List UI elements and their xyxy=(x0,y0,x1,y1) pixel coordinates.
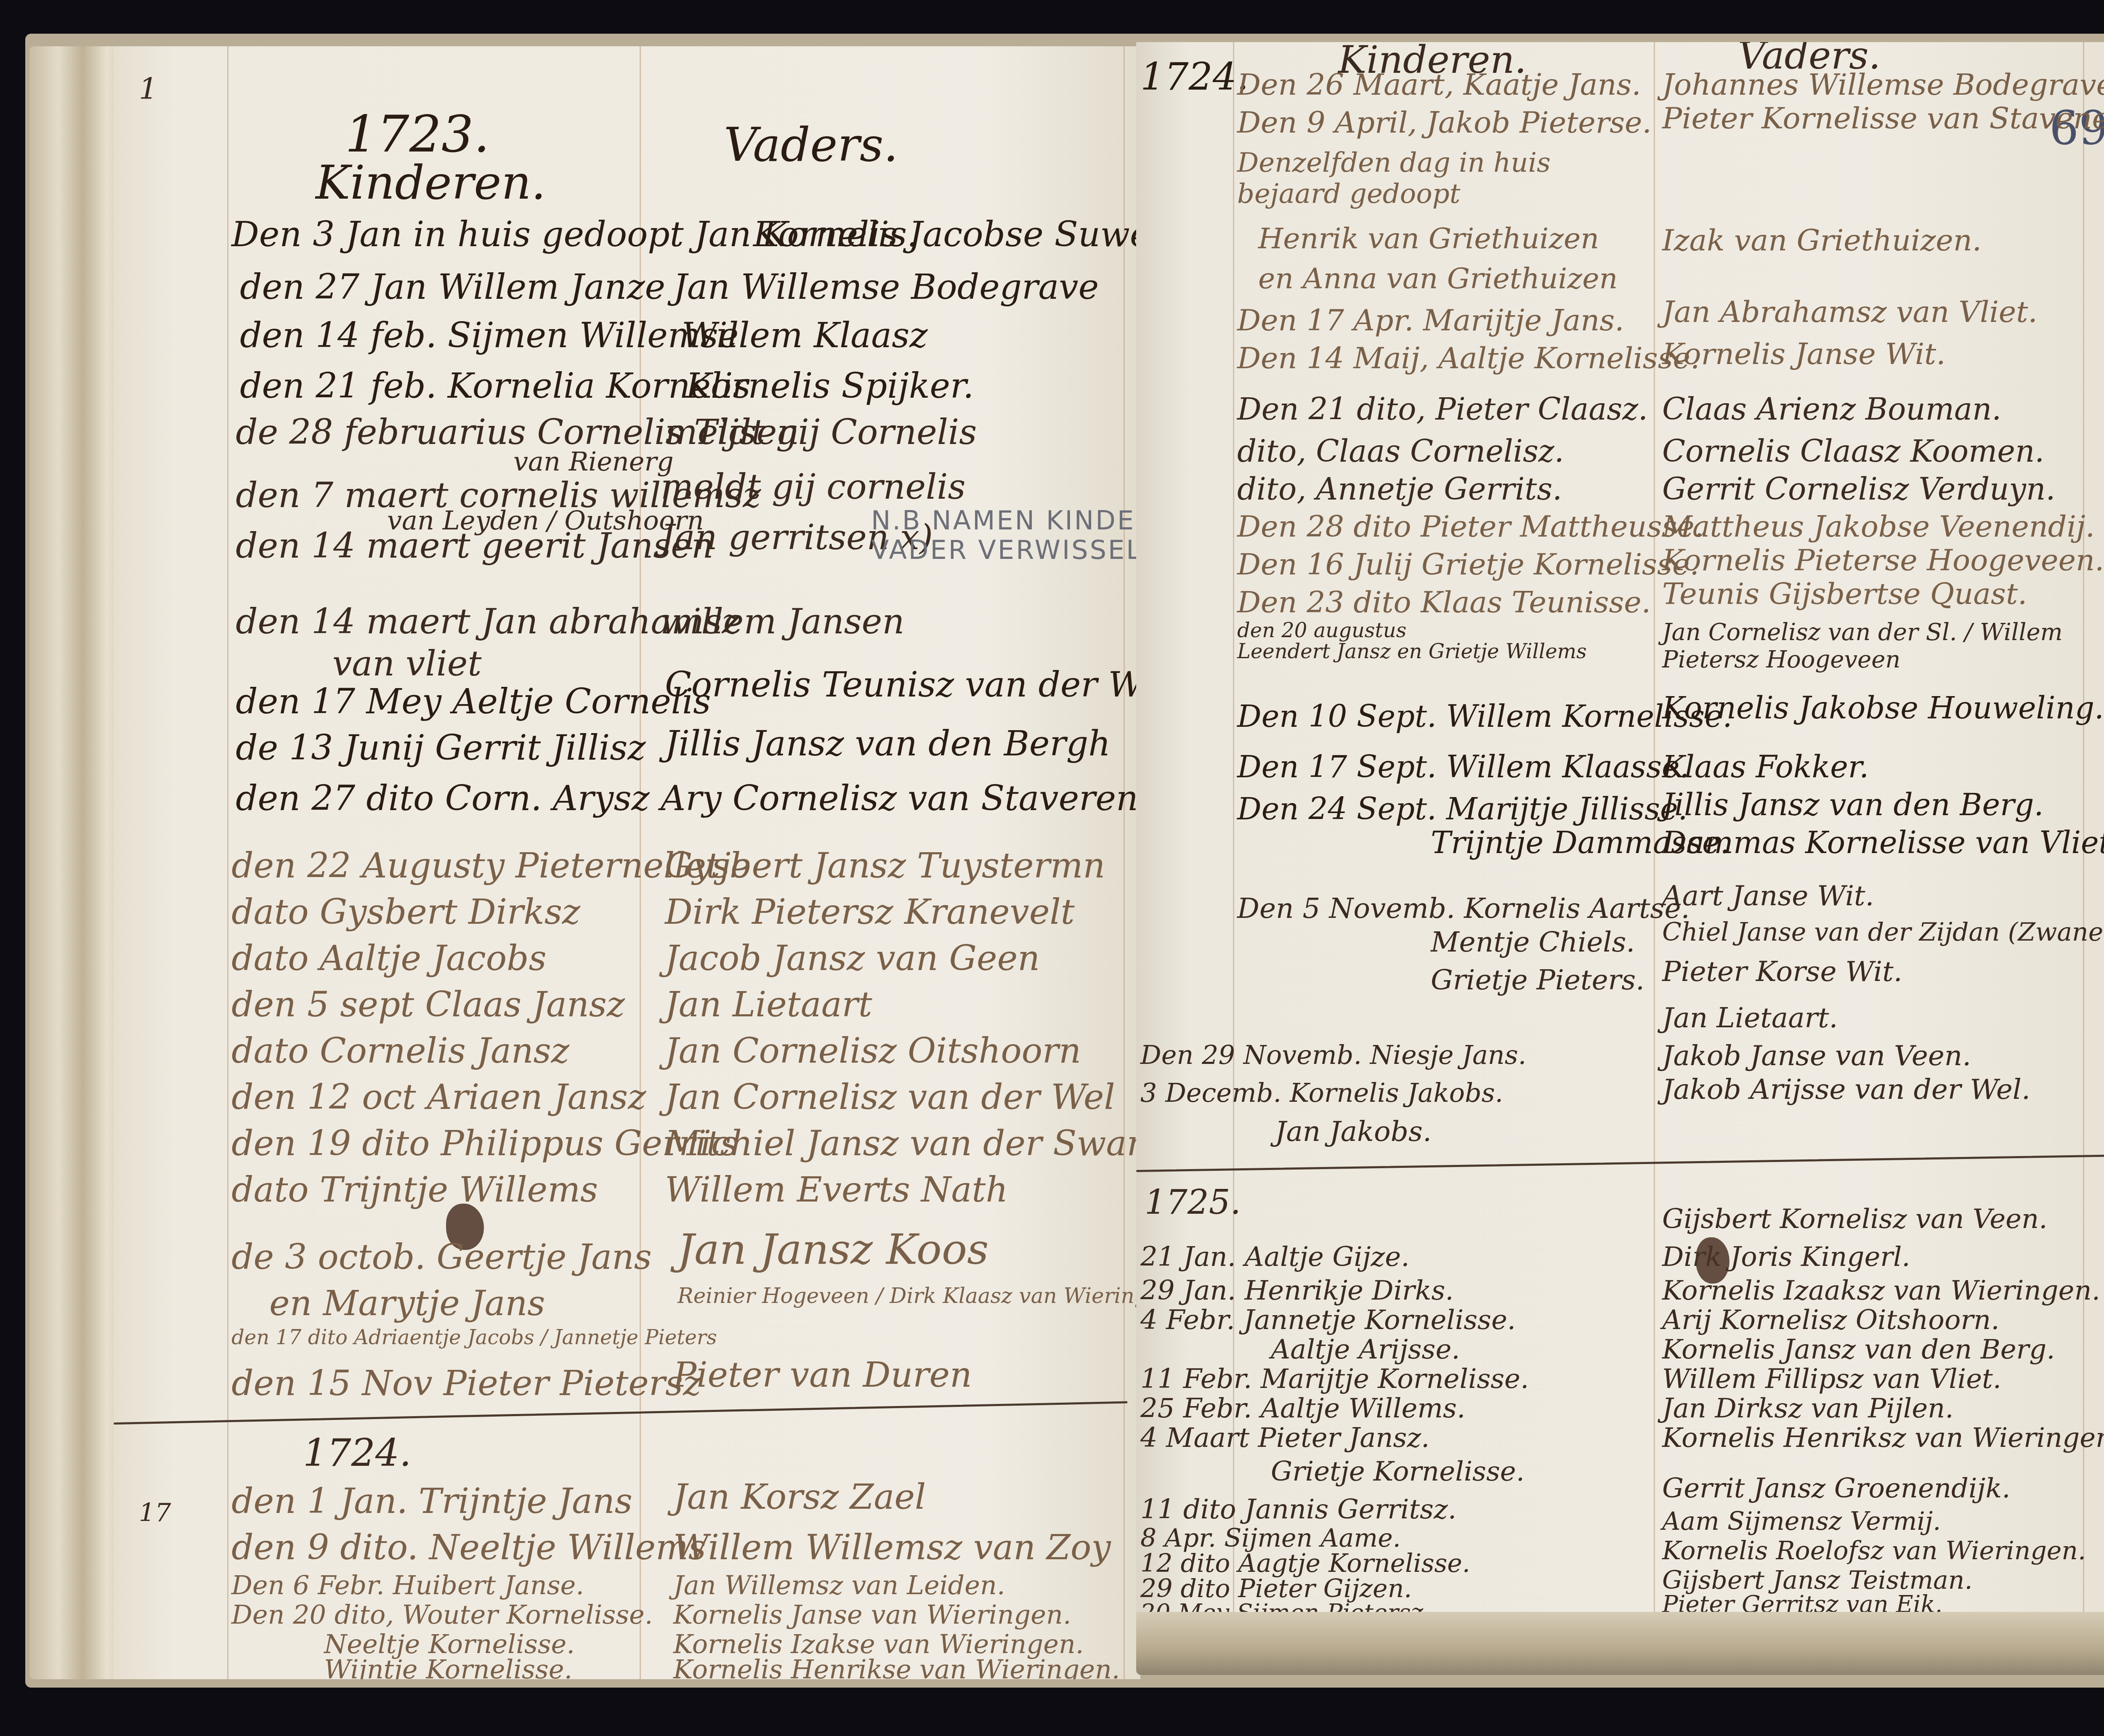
entry-child: Kaatje Jans. xyxy=(1463,67,1641,102)
entry-father: Arij Kornelisz Oitshoorn. xyxy=(1662,1305,2000,1336)
entry-child: Jakob Pieterse. xyxy=(1427,105,1652,140)
entry-date-child: Den 17 Sept. Willem Klaasse. xyxy=(1237,749,1690,784)
entry-father: Jakob Arijsse van der Wel. xyxy=(1662,1073,2030,1106)
entry-father: Kornelis Jansz van den Berg. xyxy=(1662,1334,2055,1365)
entry-child: de 13 Junij Gerrit Jillisz xyxy=(236,728,646,768)
entry-child: Den 20 dito, Wouter Kornelisse. xyxy=(231,1599,653,1630)
entry-date-child: Den 29 Novemb. Niesje Jans. xyxy=(1140,1039,1526,1070)
entry-date-child: Den 9 April, Jakob Pieterse. xyxy=(1237,105,1652,140)
header-children: Kinderen. xyxy=(316,156,546,210)
entry-child: den 9 dito. Neeltje Willems xyxy=(231,1528,706,1568)
entry-date: Den 26 Maart, xyxy=(1237,67,1454,102)
entry-date-child: 25 Febr. Aaltje Willems. xyxy=(1140,1393,1465,1424)
entry-date: 4 Febr. xyxy=(1140,1305,1235,1336)
entry-father: Willem Fillipsz van Vliet. xyxy=(1662,1364,2001,1395)
entry-date-child: Den 17 Apr. Marijtje Jans. xyxy=(1237,303,1624,338)
entry-father: Kornelis Henriksz van Wieringen. xyxy=(1662,1422,2104,1454)
entry-child: Jan Jakobs. xyxy=(1275,1115,1432,1148)
entry-child: den 27 dito Corn. Arysz xyxy=(236,779,650,819)
entry-child: Claas Cornelisz. xyxy=(1316,433,1564,469)
year-divider-line xyxy=(114,1401,1128,1425)
entry-father: Gerrit Cornelisz Verduyn. xyxy=(1662,471,2055,507)
entry-child: den 19 dito Philippus Gerrits xyxy=(231,1124,738,1164)
entry-date: 29 dito xyxy=(1140,1574,1230,1603)
entry-father: Kornelis Izaaksz van Wieringen. xyxy=(1662,1275,2100,1306)
entry-child: Marijtje Kornelisse. xyxy=(1261,1364,1529,1395)
entry-father: Dirk Pietersz Kranevelt xyxy=(665,892,1075,932)
entry-child: den 21 feb. Kornelia Kornelis xyxy=(240,366,751,406)
entry-date-child: Den 16 Julij Grietje Kornelisse. xyxy=(1237,547,1699,582)
entry-father: willem Jansen xyxy=(661,602,904,642)
entry-father: Mattheus Jakobse Veenendij. xyxy=(1662,509,2095,544)
entry-child: Den 6 Febr. Huibert Janse. xyxy=(231,1570,584,1600)
entry-date: 25 Febr. xyxy=(1140,1393,1252,1424)
entry-father: Pieter van Duren xyxy=(673,1355,972,1395)
entry-date: 3 Decemb. xyxy=(1140,1077,1281,1108)
entry-father: meldt gij cornelis xyxy=(661,467,966,507)
entry-father: Jan Lietaart. xyxy=(1662,1002,1838,1034)
entry-date-child: Den 24 Sept. Marijtje Jillisse. xyxy=(1237,791,1687,827)
entry-date-child: 29 dito Pieter Gijzen. xyxy=(1140,1574,1412,1603)
entry-date: 21 Jan. xyxy=(1140,1242,1236,1273)
entry-father: Jillis Jansz van den Bergh xyxy=(665,724,1110,764)
entry-child: dato Cornelis Jansz xyxy=(231,1031,569,1071)
entry-child: Marijtje Jans. xyxy=(1423,303,1624,338)
entry-father: Aart Janse Wit. xyxy=(1662,880,1874,912)
ink-blot xyxy=(1696,1237,1729,1284)
entry-date-child: 3 Decemb. Kornelis Jakobs. xyxy=(1140,1077,1503,1108)
entry-date-child: Den 28 dito Pieter Mattheusse. xyxy=(1237,509,1704,544)
entry-date: Den 24 Sept. xyxy=(1237,791,1437,827)
page-edges-bottom xyxy=(1136,1612,2104,1675)
entry-child: Klaas Teunisse. xyxy=(1421,585,1651,619)
entry-date: den 20 augustus xyxy=(1237,619,1406,642)
entry-date: Den 10 Sept. xyxy=(1237,699,1437,734)
entry-child: Henrik van Griethuizen en Anna van Griet… xyxy=(1258,219,1637,299)
entry-date: Den 9 April, xyxy=(1237,105,1417,140)
entry-child: den 14 maert geerit Jansen xyxy=(236,526,714,566)
year-heading-1724: 1724. xyxy=(1140,55,1249,99)
entry-child: Pieter Jansz. xyxy=(1258,1422,1430,1454)
entry-father: Kornelis Roelofsz van Wieringen. xyxy=(1662,1536,2086,1566)
entry-child: Jannetje Kornelisse. xyxy=(1243,1305,1516,1336)
pencil-note-line2: VADER VERWISSELT xyxy=(871,534,1140,565)
entry-father: Gysbert Jansz Tuystermn xyxy=(665,846,1105,886)
margin-mark: 1 xyxy=(139,72,158,106)
entry-date: Den 17 Sept. xyxy=(1237,749,1437,784)
entry-father: Ary Cornelisz van Staveren xyxy=(661,779,1138,819)
year-divider-line xyxy=(1136,1154,2104,1172)
entry-father: Jan Abrahamsz van Vliet. xyxy=(1662,295,2038,329)
entry-child: den 5 sept Claas Jansz xyxy=(231,985,625,1025)
entry-child: Grietje Kornelisse. xyxy=(1271,1456,1525,1487)
entry-child: Marijtje Jillisse. xyxy=(1446,791,1688,827)
entry-father: Kornelis Spijker. xyxy=(686,366,974,406)
entry-father: Gerrit Jansz Groenendijk. xyxy=(1662,1473,2011,1504)
entry-father: Jan Willemsz van Leiden. xyxy=(673,1570,1005,1600)
entry-father: Jakob Janse van Veen. xyxy=(1662,1039,1971,1072)
entry-date-child: 21 Jan. Aaltje Gijze. xyxy=(1140,1242,1410,1273)
entry-father: Jan Lietaart xyxy=(665,985,872,1025)
entry-date: 29 Jan. xyxy=(1140,1275,1236,1306)
left-page: 1 1723. Kinderen. Vaders. Den 3 Jan in h… xyxy=(114,46,1140,1679)
entry-date-child: Den 14 Maij, Aaltje Kornelisse. xyxy=(1237,341,1700,375)
entry-father: Cornelis Teunisz van der Wind xyxy=(665,665,1140,705)
entry-date-child: Den 26 Maart, Kaatje Jans. xyxy=(1237,67,1641,102)
entry-father: Michiel Jansz van der Swan xyxy=(665,1124,1140,1164)
entry-father: Jillis Jansz van den Berg. xyxy=(1662,787,2043,822)
entry-date-child: dito, Annetje Gerrits. xyxy=(1237,471,1562,507)
entry-child: en Marytje Jans xyxy=(269,1284,545,1324)
entry-child: Pieter Claasz. xyxy=(1435,391,1648,427)
entry-father: Pieter Kornelisse van Stavenen. xyxy=(1662,101,2104,136)
entry-date: dito, xyxy=(1237,471,1306,507)
entry-child: den 17 dito Adriaentje Jacobs / Jannetje… xyxy=(231,1326,717,1349)
entry-child: dato Trijntje Willems xyxy=(231,1170,598,1210)
year-heading-1725: 1725. xyxy=(1145,1183,1241,1222)
entry-father: Reinier Hogeveen / Dirk Klaasz van Wieri… xyxy=(677,1284,1140,1308)
entry-father: Chiel Janse van der Zijdan (Zwanenburg s… xyxy=(1662,917,2104,947)
margin-rule xyxy=(227,46,228,1679)
entry-father: Gijsbert Jansz Teistman. xyxy=(1662,1566,1973,1595)
entry-child: den 17 Mey Aeltje Cornelis xyxy=(236,682,711,722)
header-fathers: Vaders. xyxy=(724,118,898,172)
page-edges-left xyxy=(29,46,126,1679)
right-margin-rule xyxy=(1124,46,1125,1679)
entry-date: Den 5 Novemb. xyxy=(1237,892,1455,925)
entry-child: Pieter Mattheusse. xyxy=(1421,509,1704,544)
entry-father: Kornelis Janse Wit. xyxy=(1662,337,1945,371)
entry-date-child: Den 5 Novemb. Kornelis Aartse. xyxy=(1237,892,1690,925)
entry-child: Wijntje Kornelisse. xyxy=(324,1654,572,1679)
entry-father: Dammas Kornelisse van Vliet. xyxy=(1662,825,2104,860)
entry-child: Pieter Gijzen. xyxy=(1238,1574,1412,1603)
entry-child: den 1 Jan. Trijntje Jans xyxy=(231,1481,632,1521)
entry-date: 11 Febr. xyxy=(1140,1364,1252,1395)
entry-date-child: Den 23 dito Klaas Teunisse. xyxy=(1237,585,1651,619)
entry-child: Jannis Gerritsz. xyxy=(1245,1494,1456,1525)
entry-date: Den 23 dito xyxy=(1237,585,1411,619)
entry-date: 4 Maart xyxy=(1140,1422,1249,1454)
entry-father: Jan Cornelisz van der Wel xyxy=(665,1077,1115,1117)
entry-father: Izak van Griethuizen. xyxy=(1662,223,1982,258)
right-page: 1724. Kinderen. Vaders. 69 Den 26 Maart,… xyxy=(1136,42,2104,1616)
entry-father: Jan Dirksz van Pijlen. xyxy=(1662,1393,1954,1424)
entry-child: Mentje Chiels. xyxy=(1431,926,1635,958)
year-heading-1723: 1723. xyxy=(345,105,490,164)
entry-child: den 27 Jan Willem Janze xyxy=(240,267,665,307)
entry-father: Willem Klaasz xyxy=(682,316,927,356)
entry-father: Jan Korsz Zael xyxy=(673,1477,926,1517)
entry-father: meldt gij Cornelis xyxy=(665,412,977,452)
year-heading-1724: 1724. xyxy=(303,1431,412,1475)
entry-child: Aaltje Kornelisse. xyxy=(1438,341,1700,375)
entry-child-line2: van vliet xyxy=(332,644,481,684)
entry-father: Kornelis Jacobse Suwelmg xyxy=(753,215,1140,255)
entry-child: Kornelis Aartse. xyxy=(1464,892,1690,925)
entry-child: Leendert Jansz en Grietje Willems xyxy=(1237,640,1587,663)
entry-date: Den 17 Apr. xyxy=(1237,303,1414,338)
entry-father: Cornelis Claasz Koomen. xyxy=(1662,433,2044,469)
entry-child: Grietje Kornelisse. xyxy=(1421,547,1699,582)
entry-father: Jan Willemse Bodegrave xyxy=(673,267,1099,307)
entry-date: Denzelfden dag in huis bejaard gedoopt xyxy=(1237,147,1650,210)
entry-father: Kornelis Henrikse van Wieringen. xyxy=(673,1654,1120,1679)
entry-child: Aaltje Willems. xyxy=(1261,1393,1465,1424)
entry-date-child: dito, Claas Cornelisz. xyxy=(1237,433,1564,469)
entry-date-child: 4 Maart Pieter Jansz. xyxy=(1140,1422,1429,1454)
entry-father: Pieter Korse Wit. xyxy=(1662,955,1902,988)
entry-father: Aam Sijmensz Vermij. xyxy=(1662,1507,1941,1536)
entry-date-child: 4 Febr. Jannetje Kornelisse. xyxy=(1140,1305,1516,1336)
entry-father: Willem Everts Nath xyxy=(665,1170,1008,1210)
entry-child: Henrikje Dirks. xyxy=(1245,1275,1454,1306)
entry-child: Annetje Gerrits. xyxy=(1316,471,1562,507)
entry-date: dito, xyxy=(1237,433,1306,469)
entry-child-line2: van Rienerg xyxy=(513,446,674,477)
entry-date-child: Den 10 Sept. Willem Kornelisse. xyxy=(1237,699,1732,734)
entry-child: den 14 feb. Sijmen Willemse xyxy=(240,316,739,356)
entry-date: Den 29 Novemb. xyxy=(1140,1039,1362,1070)
entry-father: Kornelis Pieterse Hoogeveen. xyxy=(1662,543,2104,577)
entry-date: Den 28 dito xyxy=(1237,509,1411,544)
entry-father: Jacob Jansz van Geen xyxy=(665,938,1040,978)
entry-child: den 12 oct Ariaen Jansz xyxy=(231,1077,646,1117)
entry-father: Willem Willemsz van Zoy xyxy=(673,1528,1111,1568)
entry-date: Den 14 Maij, xyxy=(1237,341,1429,375)
entry-father: Jan Cornelisz Oitshoorn xyxy=(665,1031,1081,1071)
margin-mark: 17 xyxy=(139,1498,171,1528)
entry-date-child: 29 Jan. Henrikje Dirks. xyxy=(1140,1275,1454,1306)
pencil-note-line1: N.B NAMEN KINDEN xyxy=(871,505,1140,536)
entry-child: dato Gysbert Dirksz xyxy=(231,892,580,932)
entry-father: Teunis Gijsbertse Quast. xyxy=(1662,577,2027,611)
entry-child: Niesje Jans. xyxy=(1370,1039,1527,1070)
entry-father: Kornelis Jakobse Houweling. xyxy=(1662,690,2104,726)
entry-father: Klaas Fokker. xyxy=(1662,749,1869,784)
entry-father: Kornelis Janse van Wieringen. xyxy=(673,1599,1071,1630)
entry-child: Kornelis Jakobs. xyxy=(1290,1077,1503,1108)
entry-date-child: 11 Febr. Marijtje Kornelisse. xyxy=(1140,1364,1529,1395)
entry-child: de 3 octob. Geertje Jans xyxy=(231,1237,652,1277)
entry-child: dato Aaltje Jacobs xyxy=(231,938,547,978)
entry-father: Claas Arienz Bouman. xyxy=(1662,391,2001,427)
entry-father: Jan Jansz Koos xyxy=(677,1225,989,1274)
entry-date: Den 16 Julij xyxy=(1237,547,1412,582)
entry-date-child: Den 21 dito, Pieter Claasz. xyxy=(1237,391,1648,427)
entry-child: Willem Klaasse. xyxy=(1446,749,1690,784)
entry-father: Johannes Willemse Bodegraves. xyxy=(1662,67,2104,102)
entry-date: Den 21 dito, xyxy=(1237,391,1426,427)
entry-father: Jan Cornelisz van der Sl. / Willem Piete… xyxy=(1662,619,2079,673)
entry-date-child: 11 dito Jannis Gerritsz. xyxy=(1140,1494,1456,1525)
entry-date: 11 dito xyxy=(1140,1494,1236,1525)
entry-father: Gijsbert Kornelisz van Veen. xyxy=(1662,1204,2047,1235)
entry-child: Aaltje Gijze. xyxy=(1245,1242,1410,1273)
entry-child: Aaltje Arijsse. xyxy=(1271,1334,1460,1365)
entry-child: den 15 Nov Pieter Pietersz xyxy=(231,1364,701,1404)
entry-child: Grietje Pieters. xyxy=(1431,964,1644,996)
